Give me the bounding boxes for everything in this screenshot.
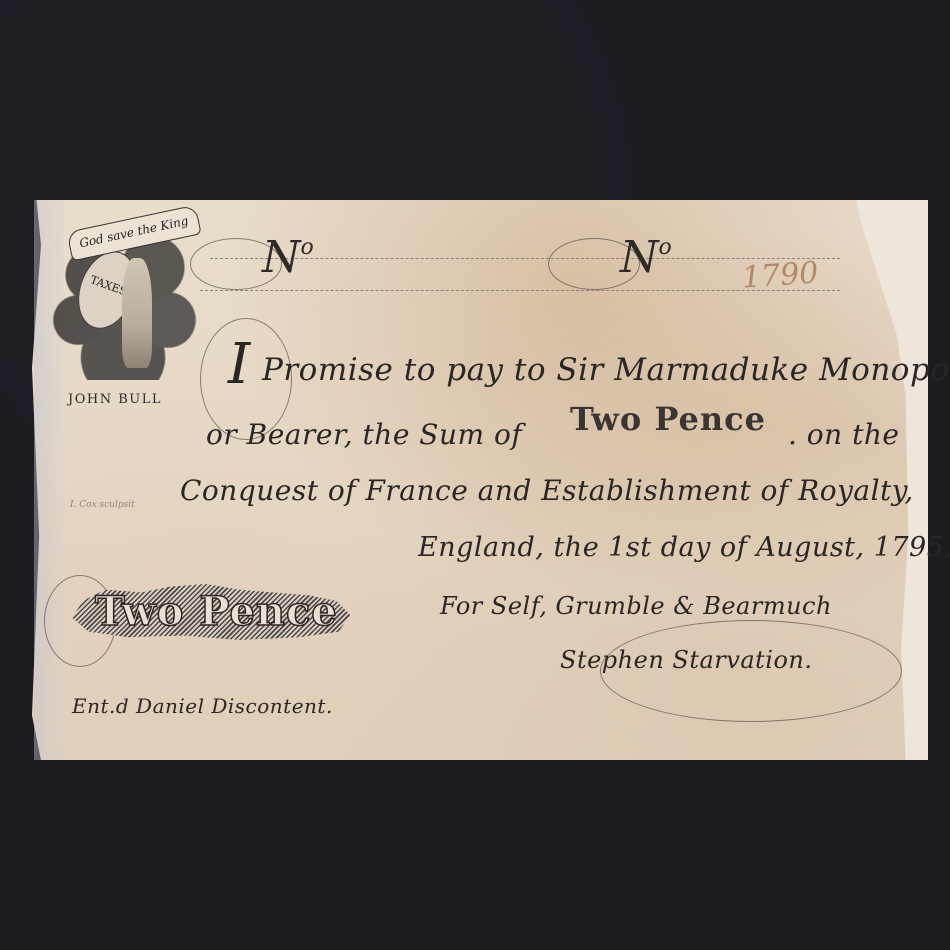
entered-by: Ent.d Daniel Discontent.	[72, 694, 333, 718]
line-bearer-prefix: or Bearer, the Sum of	[206, 418, 522, 451]
numero-sup: o	[301, 235, 314, 260]
numero-letter: N	[620, 232, 659, 283]
signature-firm: For Self, Grumble & Bearmuch	[440, 592, 832, 620]
line-conquest: Conquest of France and Establishment of …	[180, 474, 914, 507]
line-bearer-suffix: . on the	[788, 418, 899, 451]
numero-letter: N	[262, 232, 301, 283]
john-bull-vignette: God save the King TAXES JOHN BULL	[40, 210, 200, 420]
line-promise: Promise to pay to Sir Marmaduke Monopoly	[262, 352, 950, 388]
vignette-caption: JOHN BULL	[68, 392, 162, 407]
left-numero: No	[262, 232, 314, 283]
engraver-imprint: I. Cox sculpsit	[70, 500, 135, 510]
amount-two-pence: Two Pence	[570, 400, 766, 438]
numero-sup: o	[659, 235, 672, 260]
signature-signer: Stephen Starvation.	[560, 646, 813, 674]
line-date: England, the 1st day of August, 1795.	[418, 532, 950, 563]
serial-number: 1790	[741, 255, 820, 295]
initial-letter: I	[228, 332, 250, 397]
right-numero: No	[620, 232, 672, 283]
john-bull-figure	[122, 258, 152, 368]
two-pence-panel-text: Two Pence	[95, 588, 338, 635]
